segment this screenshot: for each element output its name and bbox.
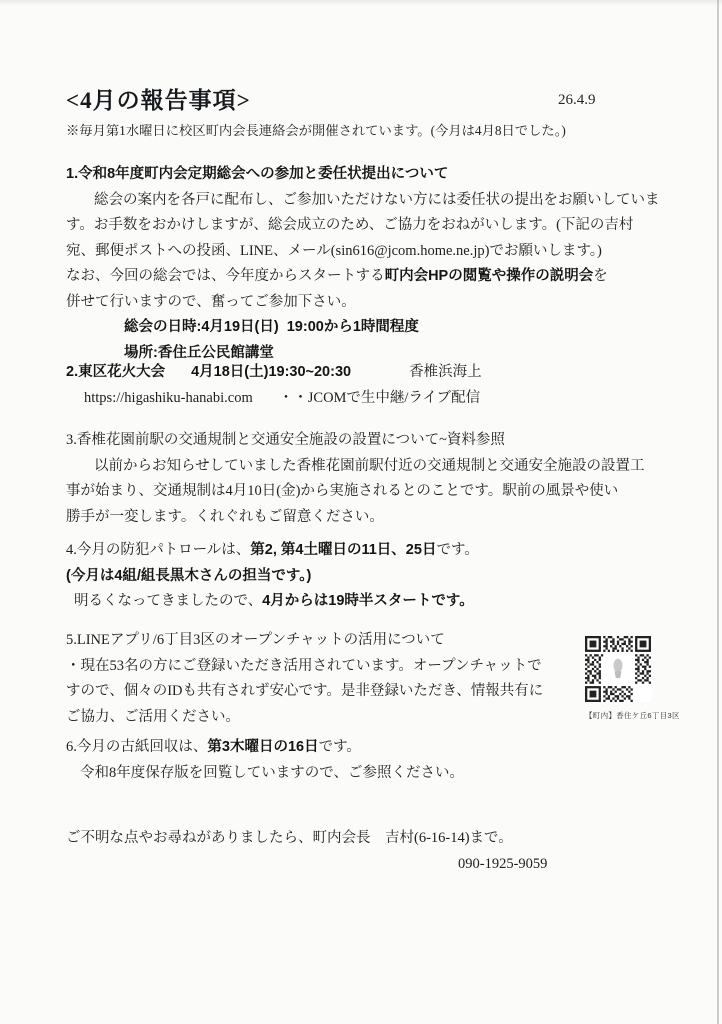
section-3-line-1: 以前からお知らせしていました香椎花園前駅付近の交通規制と交通安全施設の設置工 [66, 454, 672, 480]
section-4-patrol-dates: 第2, 第4土曜日の11日、25日 [250, 542, 436, 558]
section-4-start-time-lead: 明るくなってきましたので、 [74, 593, 262, 609]
section-1-line-4-text: なお、今回の総会では、今年度からスタートする [66, 268, 385, 284]
section-4-start-time-emphasis: 4月からは19時半スタートです。 [262, 593, 474, 609]
section-2-details: https://higashiku-hanabi.com・・JCOMで生中継/ラ… [66, 386, 672, 412]
section-3-line-3: 勝手が一変します。くれぐれもご留意ください。 [66, 505, 672, 531]
section-2-place: 香椎浜海上 [409, 364, 482, 380]
qr-caption: 【町内】香住ケ丘6丁目3区 [585, 710, 653, 721]
section-4-start-time: 明るくなってきましたので、4月からは19時半スタートです。 [66, 589, 672, 615]
section-2-datetime: 4月18日(土)19:30~20:30 [191, 364, 351, 380]
section-1-meeting-datetime: 総会の日時:4月19日(日) 19:00から1時間程度 [66, 315, 672, 341]
section-3-traffic-regulation: 3.香椎花園前駅の交通規制と交通安全施設の設置について~資料参照 以前からお知ら… [66, 428, 672, 530]
section-6-heading: 6.今月の古紙回収は、第3木曜日の16日です。 [66, 735, 672, 761]
scan-shade-top [0, 0, 722, 6]
section-2-fireworks: 2.東区花火大会4月18日(土)19:30~20:30香椎浜海上 https:/… [66, 360, 672, 411]
section-1-line-4: なお、今回の総会では、今年度からスタートする町内会HPの閲覧や操作の説明会を [66, 264, 672, 290]
page-title: <4月の報告事項> [66, 82, 251, 115]
section-4-heading-tail: です。 [436, 542, 478, 558]
section-6-paper-recycling: 6.今月の古紙回収は、第3木曜日の16日です。 令和8年度保存版を回覧しています… [66, 735, 672, 786]
section-2-event-name: 2.東区花火大会 [66, 364, 165, 380]
section-4-group-in-charge: (今月は4組/組長黒木さんの担当です。) [66, 564, 672, 590]
section-5-line-3: ご協力、ご活用ください。 [66, 705, 576, 731]
section-6-heading-lead: 6.今月の古紙回収は、 [66, 739, 207, 755]
section-4-patrol: 4.今月の防犯パトロールは、第2, 第4土曜日の11日、25日です。 (今月は4… [66, 538, 672, 615]
section-2-broadcast: ・・JCOMで生中継/ライブ配信 [279, 390, 480, 406]
section-1-heading: 1.令和8年度町内会定期総会への参加と委任状提出について [66, 162, 672, 188]
qr-code-block: 【町内】香住ケ丘6丁目3区 [585, 636, 653, 721]
section-1-line-2: す。お手数をおかけしますが、総会成立のため、ご協力をおねがいします。(下記の吉村 [66, 213, 672, 239]
section-5-line-2: すので、個々のIDも共有されず安心です。是非登録いただき、情報共有に [66, 679, 576, 705]
footer-phone-number: 090-1925-9059 [66, 852, 672, 878]
section-3-heading: 3.香椎花園前駅の交通規制と交通安全施設の設置について~資料参照 [66, 428, 672, 454]
section-5-heading: 5.LINEアプリ/6丁目3区のオープンチャットの活用について [66, 628, 576, 654]
line-openchat-qr-code [585, 636, 651, 702]
section-6-line-1: 令和8年度保存版を回覧していますので、ご参照ください。 [66, 761, 672, 787]
document-date: 26.4.9 [558, 92, 596, 109]
section-6-collection-date: 第3木曜日の16日 [207, 739, 318, 755]
footer-contact-line: ご不明な点やお尋ねがありましたら、町内会長 吉村(6-16-14)まで。 [66, 826, 672, 852]
header-note: ※毎月第1水曜日に校区町内会長連絡会が開催されています。(今月は4月8日でした。… [66, 120, 566, 139]
section-1-line-1: 総会の案内を各戸に配布し、ご参加いただけない方には委任状の提出をお願いしていま [66, 188, 672, 214]
section-1-hp-session-emphasis: 町内会HPの閲覧や操作の説明会 [385, 268, 594, 284]
section-5-line-1: ・現在53名の方にご登録いただき活用されています。オープンチャットで [66, 654, 576, 680]
section-4-heading-lead: 4.今月の防犯パトロールは、 [66, 542, 250, 558]
section-2-heading: 2.東区花火大会4月18日(土)19:30~20:30香椎浜海上 [66, 360, 672, 386]
scan-edge-artifact [717, 0, 719, 1024]
section-1-general-meeting: 1.令和8年度町内会定期総会への参加と委任状提出について 総会の案内を各戸に配布… [66, 162, 672, 366]
section-1-line-5: 併せて行いますので、奮ってご参加下さい。 [66, 290, 672, 316]
section-1-line-4-tail: を [593, 268, 608, 284]
section-4-heading: 4.今月の防犯パトロールは、第2, 第4土曜日の11日、25日です。 [66, 538, 672, 564]
section-5-line-openchat: 5.LINEアプリ/6丁目3区のオープンチャットの活用について ・現在53名の方… [66, 628, 576, 730]
section-6-heading-tail: です。 [319, 739, 361, 755]
footer-contact: ご不明な点やお尋ねがありましたら、町内会長 吉村(6-16-14)まで。 090… [66, 826, 672, 877]
section-3-line-2: 事が始まり、交通規制は4月10日(金)から実施されるとのことです。駅前の風景や使… [66, 479, 672, 505]
section-1-line-3: 宛、郵便ポストへの投函、LINE、メール(sin616@jcom.home.ne… [66, 239, 672, 265]
fireworks-url: https://higashiku-hanabi.com [84, 390, 253, 406]
scanned-notice-page: <4月の報告事項> 26.4.9 ※毎月第1水曜日に校区町内会長連絡会が開催され… [0, 0, 722, 1024]
